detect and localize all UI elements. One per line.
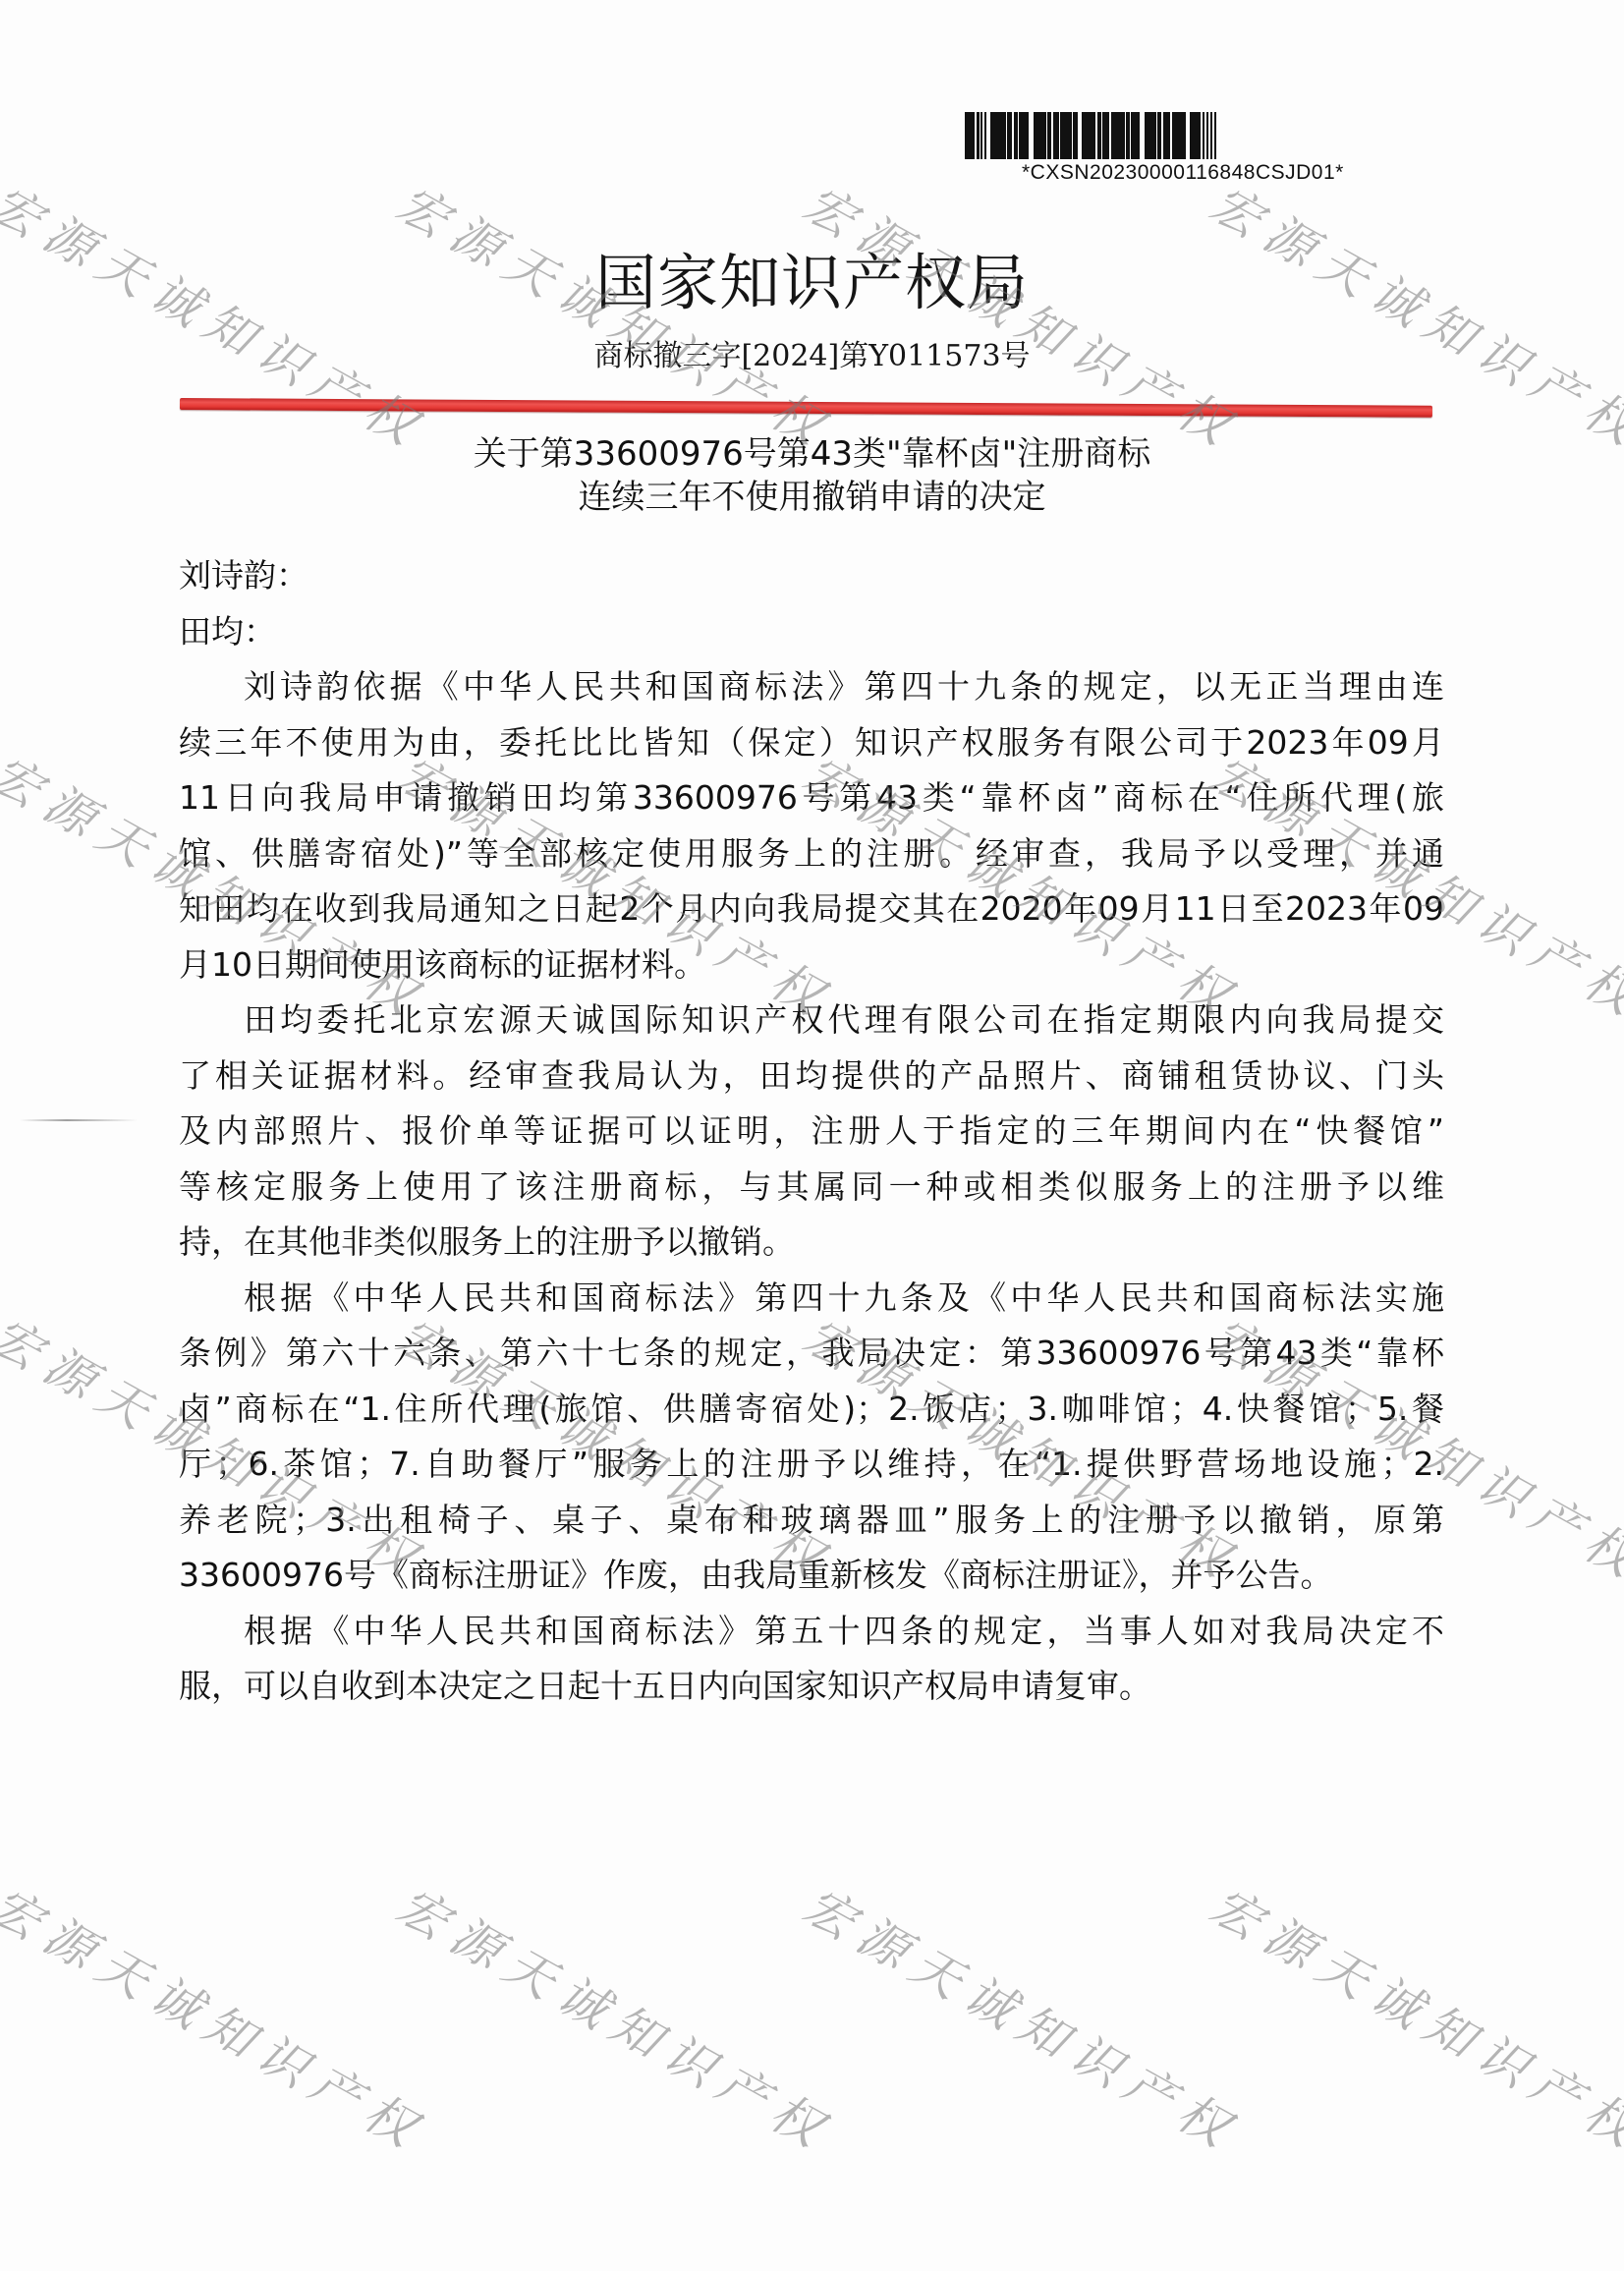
text-line: 11日向我局申请撤销田均第33600976号第43类“靠杯卤”商标在“住所代理(…: [179, 770, 1444, 826]
barcode-bar: [1163, 112, 1171, 159]
barcode: [965, 112, 1372, 159]
barcode-bar: [1102, 112, 1110, 159]
agency-name: 国家知识产权局: [0, 234, 1624, 321]
document-number: 商标撤三字[2024]第Y011573号: [0, 331, 1624, 374]
barcode-bar: [1214, 112, 1216, 159]
barcode-bar: [1019, 112, 1029, 159]
barcode-bar: [1172, 112, 1186, 159]
watermark: 宏源天诚知识产权: [386, 1867, 847, 2165]
watermark: 宏源天诚知识产权: [0, 1867, 440, 2165]
barcode-bar: [990, 112, 1006, 159]
title-line-1: 关于第33600976号第43类"靠杯卤"注册商标: [0, 432, 1624, 476]
text-line: 服，可以自收到本决定之日起十五日内向国家知识产权局申请复审。: [179, 1659, 1444, 1715]
text-line: 33600976号《商标注册证》作废，由我局重新核发《商标注册证》，并予公告。: [179, 1548, 1444, 1604]
salutation-applicant: 刘诗韵：: [179, 548, 1444, 604]
scan-artifact-line: [20, 1119, 138, 1121]
title-line-2: 连续三年不使用撤销申请的决定: [0, 476, 1624, 519]
text-line: 卤”商标在“1.住所代理(旅馆、供膳寄宿处)；2.饭店；3.咖啡馆；4.快餐馆；…: [179, 1382, 1444, 1438]
barcode-code-text: *CXSN20230000116848CSJD01*: [1022, 161, 1344, 185]
barcode-bar: [1060, 112, 1072, 159]
text-line: 知田均在收到我局通知之日起2个月内向我局提交其在2020年09月11日至2023…: [179, 881, 1444, 937]
text-line: 馆、供膳寄宿处)”等全部核定使用服务上的注册。经审查，我局予以受理，并通: [179, 826, 1444, 882]
barcode-bar: [1190, 112, 1202, 159]
paragraph-review-rights: 根据《中华人民共和国商标法》第五十四条的规定，当事人如对我局决定不 服，可以自收…: [179, 1604, 1444, 1715]
barcode-bar: [1111, 112, 1125, 159]
paragraph-decision: 根据《中华人民共和国商标法》第四十九条及《中华人民共和国商标法实施 条例》第六十…: [179, 1271, 1444, 1604]
text-line: 月10日期间使用该商标的证据材料。: [179, 937, 1444, 994]
barcode-bar: [1082, 112, 1095, 159]
paragraph-evidence: 田均委托北京宏源天诚国际知识产权代理有限公司在指定期限内向我局提交 了相关证据材…: [179, 993, 1444, 1271]
barcode-bar: [1034, 112, 1047, 159]
barcode-bar: [1131, 112, 1141, 159]
document-body: 刘诗韵： 田均： 刘诗韵依据《中华人民共和国商标法》第四十九条的规定，以无正当理…: [179, 548, 1444, 1715]
text-line: 等核定服务上使用了该注册商标，与其属同一种或相类似服务上的注册予以维: [179, 1160, 1444, 1216]
text-line: 及内部照片、报价单等证据可以证明，注册人于指定的三年期间内在“快餐馆”: [179, 1104, 1444, 1160]
watermark: 宏源天诚知识产权: [1200, 1867, 1624, 2165]
text-line: 根据《中华人民共和国商标法》第五十四条的规定，当事人如对我局决定不: [179, 1604, 1444, 1660]
text-line: 持，在其他非类似服务上的注册予以撤销。: [179, 1215, 1444, 1271]
barcode-bar: [1145, 112, 1156, 159]
document-title: 关于第33600976号第43类"靠杯卤"注册商标 连续三年不使用撤销申请的决定: [0, 432, 1624, 519]
red-header-rule: [180, 398, 1432, 418]
text-line: 根据《中华人民共和国商标法》第四十九条及《中华人民共和国商标法实施: [179, 1271, 1444, 1327]
text-line: 养老院；3.出租椅子、桌子、桌布和玻璃器皿”服务上的注册予以撤销，原第: [179, 1493, 1444, 1549]
text-line: 了相关证据材料。经审查我局认为，田均提供的产品照片、商铺租赁协议、门头: [179, 1049, 1444, 1105]
text-line: 刘诗韵依据《中华人民共和国商标法》第四十九条的规定，以无正当理由连: [179, 659, 1444, 715]
watermark: 宏源天诚知识产权: [793, 1867, 1254, 2165]
salutation-registrant: 田均：: [179, 604, 1444, 660]
barcode-bar: [965, 112, 975, 159]
text-line: 续三年不使用为由，委托比比皆知（保定）知识产权服务有限公司于2023年09月: [179, 715, 1444, 771]
text-line: 条例》第六十六条、第六十七条的规定，我局决定：第33600976号第43类“靠杯: [179, 1326, 1444, 1382]
text-line: 田均委托北京宏源天诚国际知识产权代理有限公司在指定期限内向我局提交: [179, 993, 1444, 1049]
paragraph-application: 刘诗韵依据《中华人民共和国商标法》第四十九条的规定，以无正当理由连 续三年不使用…: [179, 659, 1444, 993]
document-page: *CXSN20230000116848CSJD01* 国家知识产权局 商标撤三字…: [0, 0, 1624, 2271]
text-line: 厅；6.茶馆；7.自助餐厅”服务上的注册予以维持，在“1.提供野营场地设施；2.: [179, 1437, 1444, 1493]
